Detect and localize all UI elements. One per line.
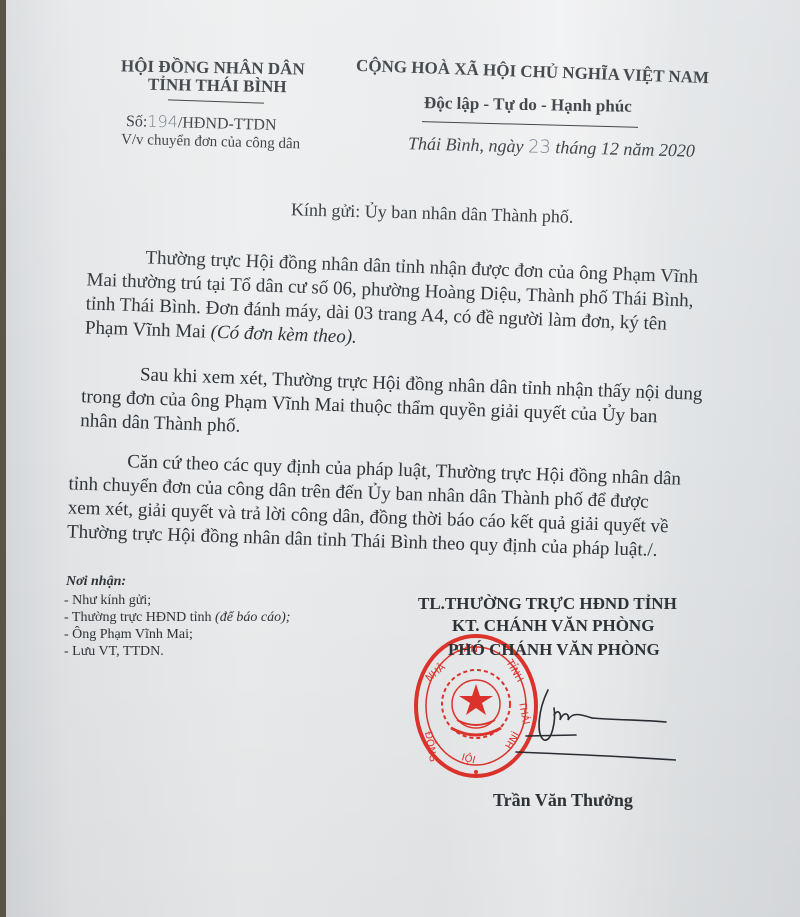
- issuing-org-line2: TỈNH THÁI BÌNH: [148, 75, 287, 97]
- motto-underline: [422, 121, 638, 128]
- receiver-text: - Thường trực HĐND tỉnh: [64, 610, 215, 625]
- org-underline: [168, 99, 264, 103]
- receiver-text: - Như kính gửi;: [64, 593, 151, 608]
- signature-authority-line3: PHÓ CHÁNH VĂN PHÒNG: [448, 640, 660, 660]
- number-handwritten: 194: [147, 112, 178, 132]
- receiver-item: - Ông Phạm Vĩnh Mai;: [64, 626, 290, 643]
- number-suffix: /HĐND-TTDN: [178, 114, 277, 134]
- svg-text:ĐỒNG: ĐỒNG: [422, 730, 441, 763]
- attachment-note: (Có đơn kèm theo).: [210, 322, 357, 348]
- national-title: CỘNG HOÀ XÃ HỘI CHỦ NGHĨA VIỆT NAM: [356, 56, 710, 88]
- document-page: HỘI ĐỒNG NHÂN DÂN TỈNH THÁI BÌNH Số:194/…: [6, 0, 800, 917]
- receivers-list: - Như kính gửi; - Thường trực HĐND tỉnh …: [64, 592, 290, 660]
- date-day-handwritten: 23: [528, 136, 551, 158]
- paragraph-3: Căn cứ theo các quy định của pháp luật, …: [67, 448, 682, 563]
- document-date: Thái Bình, ngày 23 tháng 12 năm 2020: [408, 133, 695, 162]
- receiver-item: - Như kính gửi;: [64, 592, 290, 609]
- receiver-item: - Thường trực HĐND tỉnh (để báo cáo);: [64, 609, 290, 626]
- document-subject: V/v chuyển đơn của công dân: [121, 132, 301, 154]
- paragraph-text: Phạm Vĩnh Mai: [85, 317, 211, 342]
- receiver-text: - Lưu VT, TTDN.: [64, 644, 164, 659]
- signature-authority-line2: KT. CHÁNH VĂN PHÒNG: [452, 616, 654, 636]
- recipient-line: Kính gửi: Ủy ban nhân dân Thành phố.: [291, 199, 574, 227]
- national-motto: Độc lập - Tự do - Hạnh phúc: [424, 93, 632, 117]
- signer-name: Trần Văn Thưởng: [493, 790, 633, 811]
- paragraph-2: Sau khi xem xét, Thường trực Hội đồng nh…: [80, 361, 703, 455]
- signature-authority-line1: TL.THƯỜNG TRỰC HĐND TỈNH: [418, 594, 677, 614]
- handwritten-signature: [496, 680, 676, 770]
- paragraph-1: Thường trực Hội đồng nhân dân tỉnh nhận …: [85, 244, 699, 361]
- date-suffix: tháng 12 năm 2020: [555, 137, 695, 161]
- receivers-title: Nơi nhận:: [66, 574, 126, 590]
- receiver-text: - Ông Phạm Vĩnh Mai;: [64, 627, 193, 642]
- date-prefix: Thái Bình, ngày: [408, 133, 524, 156]
- number-label: Số:: [126, 113, 148, 131]
- svg-text:IỘI: IỘI: [460, 750, 477, 766]
- receiver-note: (để báo cáo);: [215, 610, 290, 625]
- receiver-item: - Lưu VT, TTDN.: [64, 643, 290, 660]
